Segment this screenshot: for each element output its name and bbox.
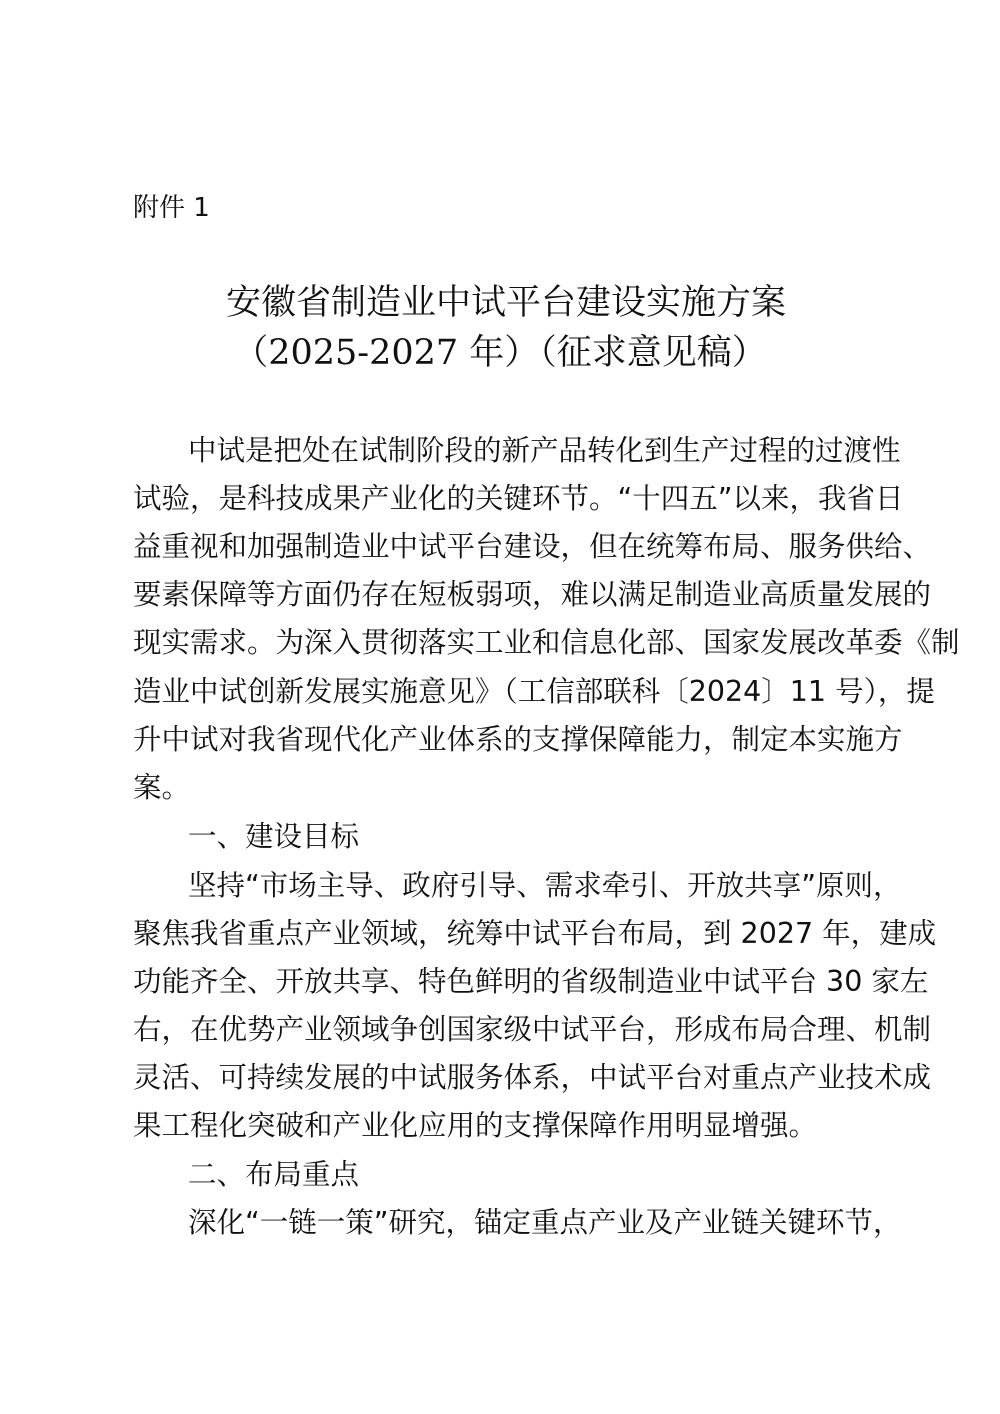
paragraph-line: 试验，是科技成果产业化的关键环节。“十四五”以来，我省日 xyxy=(133,479,877,519)
paragraph-line: 果工程化突破和产业化应用的支撑保障作用明显增强。 xyxy=(133,1106,877,1146)
paragraph-line: 聚焦我省重点产业领域，统筹中试平台布局，到 2027 年，建成 xyxy=(133,914,877,954)
document-subtitle: （2025-2027 年）（征求意见稿） xyxy=(0,328,1000,378)
paragraph-line: 要素保障等方面仍存在短板弱项，难以满足制造业高质量发展的 xyxy=(133,575,877,615)
paragraph-line: 右，在优势产业领域争创国家级中试平台，形成布局合理、机制 xyxy=(133,1010,877,1050)
paragraph-line: 深化“一链一策”研究，锚定重点产业及产业链关键环节， xyxy=(188,1203,877,1243)
paragraph-line: 升中试对我省现代化产业体系的支撑保障能力，制定本实施方 xyxy=(133,720,877,760)
paragraph-line: 坚持“市场主导、政府引导、需求牵引、开放共享”原则， xyxy=(188,866,877,906)
section-heading: 一、建设目标 xyxy=(188,817,359,857)
document-page: 附件 1 安徽省制造业中试平台建设实施方案 （2025-2027 年）（征求意见… xyxy=(0,0,1000,1414)
paragraph-line: 灵活、可持续发展的中试服务体系，中试平台对重点产业技术成 xyxy=(133,1058,877,1098)
paragraph-line: 中试是把处在试制阶段的新产品转化到生产过程的过渡性 xyxy=(188,431,877,471)
attachment-label: 附件 1 xyxy=(133,188,210,228)
document-title: 安徽省制造业中试平台建设实施方案 xyxy=(0,278,1000,328)
paragraph-line: 益重视和加强制造业中试平台建设，但在统筹布局、服务供给、 xyxy=(133,527,877,567)
section-heading: 二、布局重点 xyxy=(188,1155,359,1195)
paragraph-line: 功能齐全、开放共享、特色鲜明的省级制造业中试平台 30 家左 xyxy=(133,962,877,1002)
paragraph-line: 案。 xyxy=(133,768,877,808)
paragraph-line: 现实需求。为深入贯彻落实工业和信息化部、国家发展改革委《制 xyxy=(133,623,877,663)
paragraph-line: 造业中试创新发展实施意见》（工信部联科〔2024〕11 号），提 xyxy=(133,672,877,712)
